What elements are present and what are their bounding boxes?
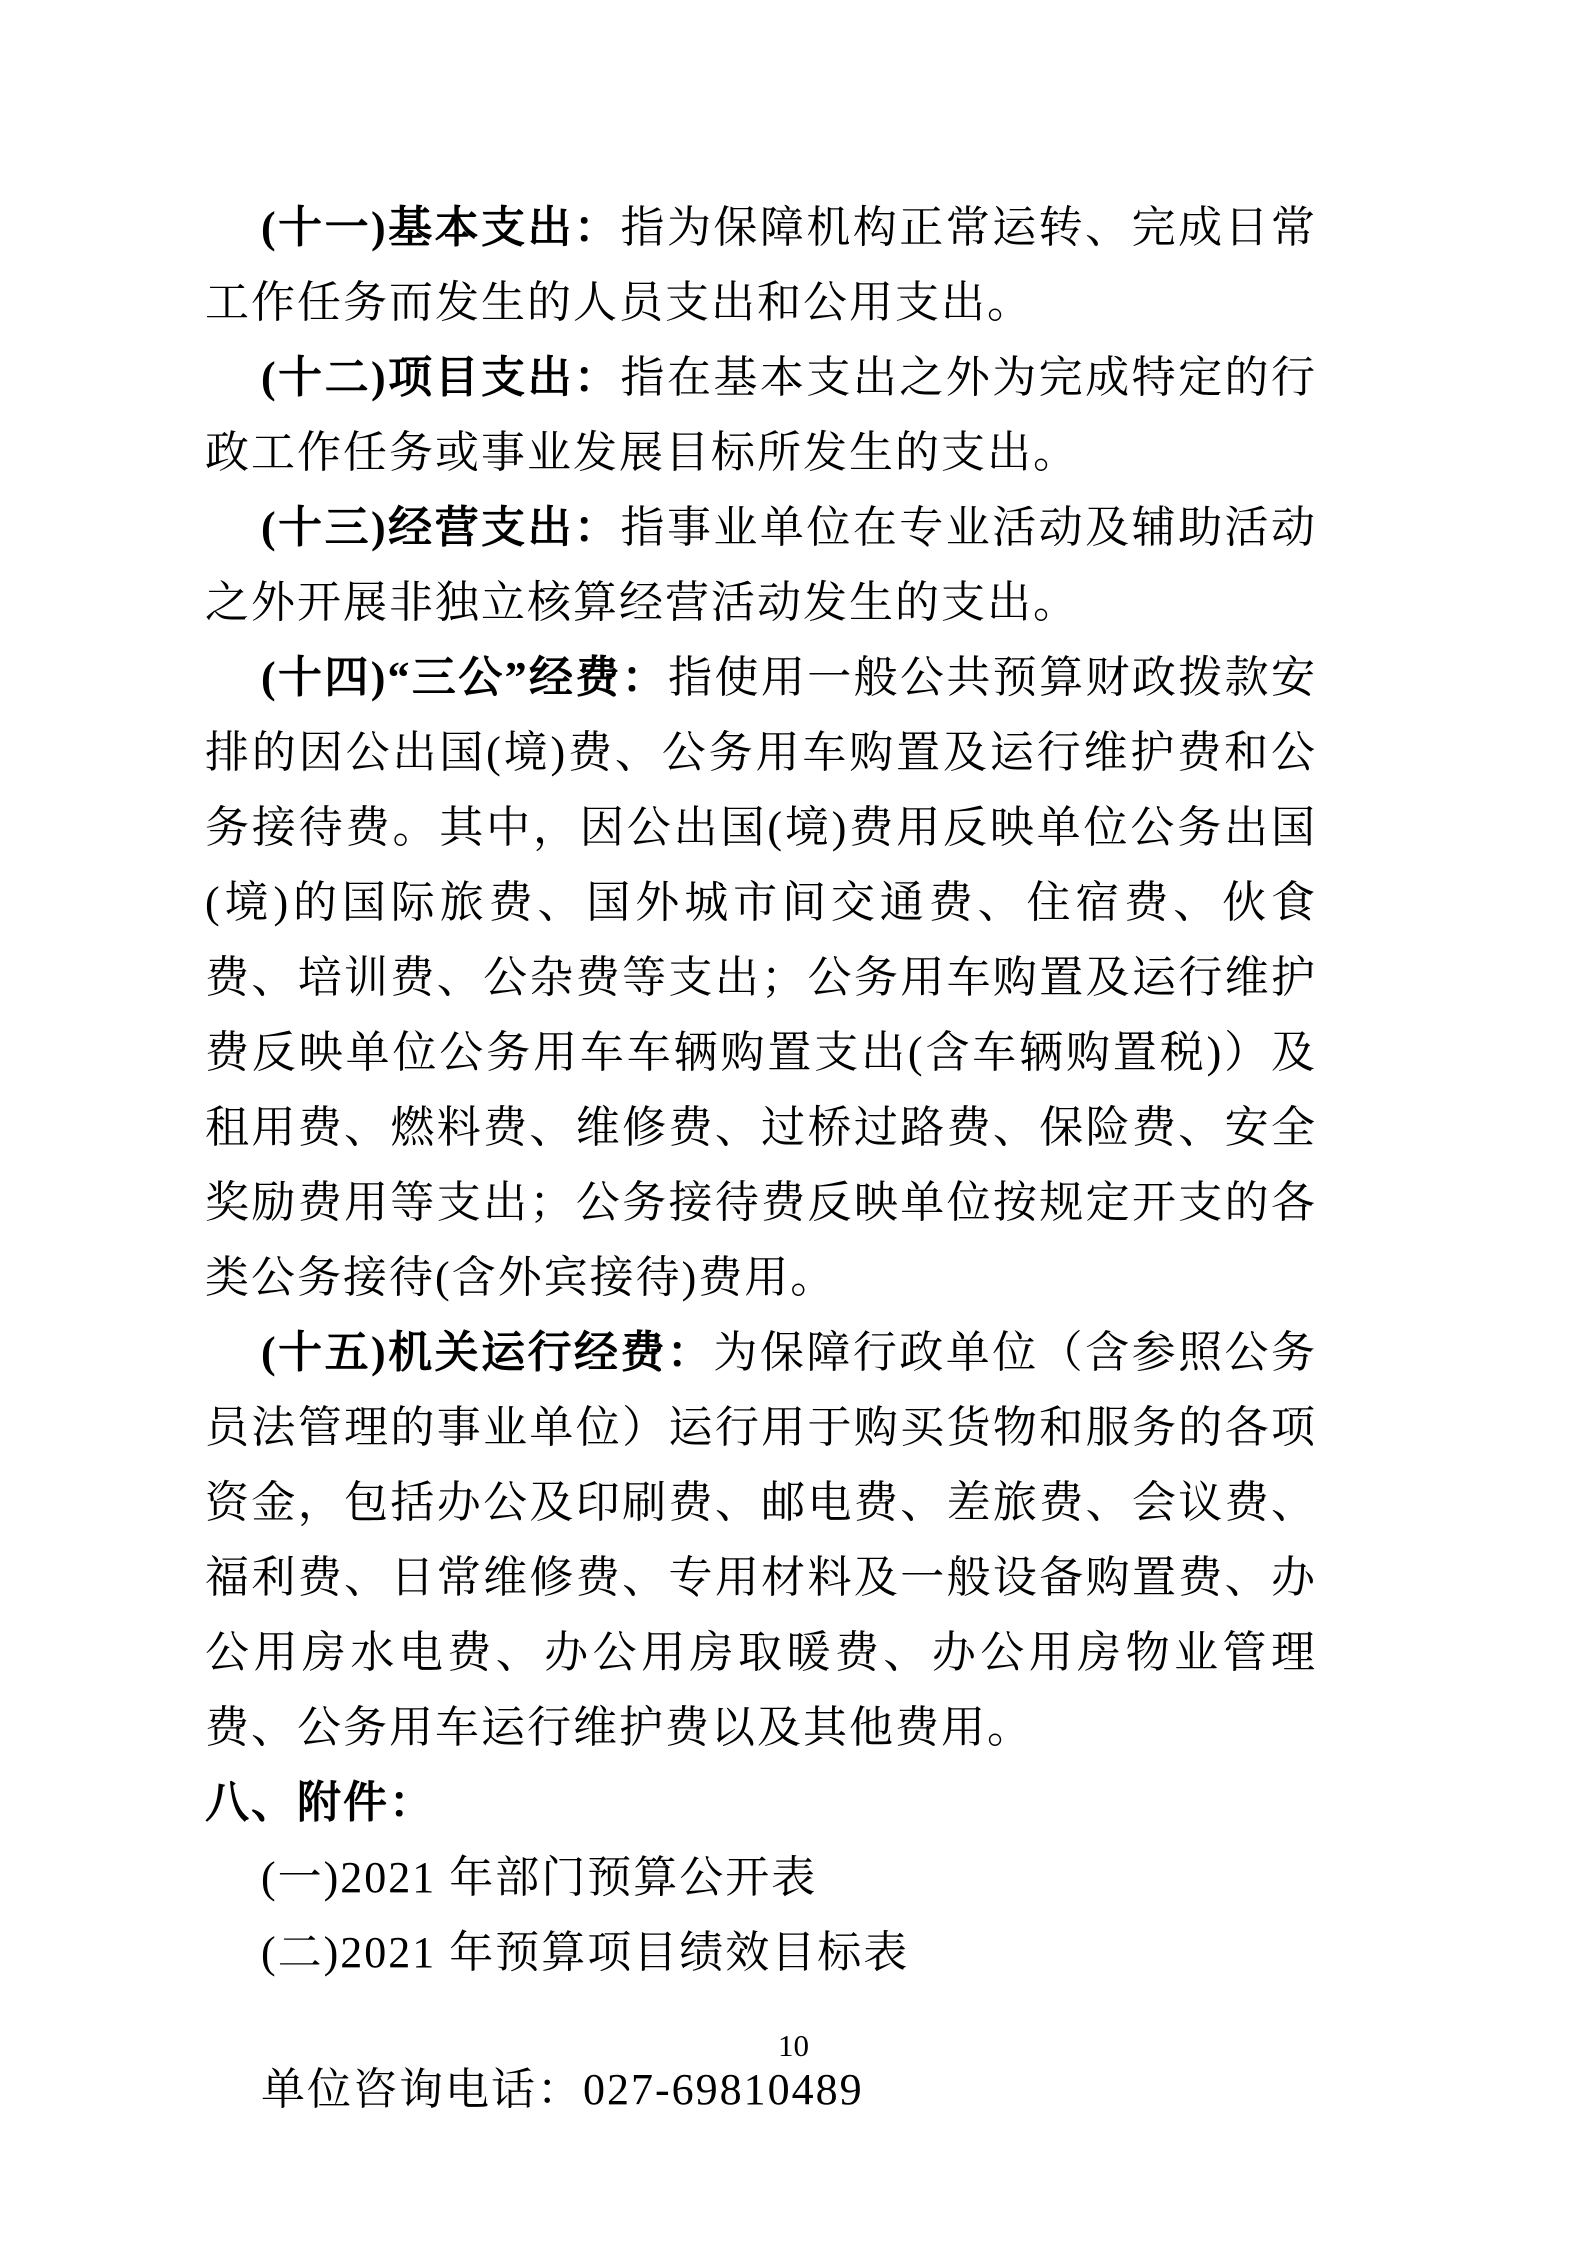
paragraph-basic-expenditure-label: (十一)基本支出： [261,203,621,252]
paragraph-basic-expenditure: (十一)基本支出：指为保障机构正常运转、完成日常工作任务而发生的人员支出和公用支… [205,190,1317,340]
section-heading-attachments: 八、附件： [205,1765,1317,1840]
paragraph-agency-operating-funds-label: (十五)机关运行经费： [261,1328,713,1377]
paragraph-project-expenditure-label: (十二)项目支出： [261,353,621,402]
paragraph-three-public-funds-text: 指使用一般公共预算财政拨款安排的因公出国(境)费、公务用车购置及运行维护费和公务… [205,653,1317,1302]
document-body: (十一)基本支出：指为保障机构正常运转、完成日常工作任务而发生的人员支出和公用支… [205,190,1317,2127]
document-page: (十一)基本支出：指为保障机构正常运转、完成日常工作任务而发生的人员支出和公用支… [0,0,1587,2245]
paragraph-operating-expenditure: (十三)经营支出：指事业单位在专业活动及辅助活动之外开展非独立核算经营活动发生的… [205,490,1317,640]
paragraph-agency-operating-funds-text: 为保障行政单位（含参照公务员法管理的事业单位）运行用于购买货物和服务的各项资金，… [205,1328,1317,1752]
paragraph-project-expenditure: (十二)项目支出：指在基本支出之外为完成特定的行政工作任务或事业发展目标所发生的… [205,340,1317,490]
paragraph-three-public-funds-label: (十四)“三公”经费： [261,653,668,702]
page-number: 10 [0,2026,1587,2066]
paragraph-three-public-funds: (十四)“三公”经费：指使用一般公共预算财政拨款安排的因公出国(境)费、公务用车… [205,640,1317,1315]
paragraph-agency-operating-funds: (十五)机关运行经费：为保障行政单位（含参照公务员法管理的事业单位）运行用于购买… [205,1315,1317,1765]
attachment-item-performance-table: (二)2021 年预算项目绩效目标表 [205,1915,1317,1990]
paragraph-operating-expenditure-label: (十三)经营支出： [261,503,621,552]
attachment-item-budget-table: (一)2021 年部门预算公开表 [205,1840,1317,1915]
